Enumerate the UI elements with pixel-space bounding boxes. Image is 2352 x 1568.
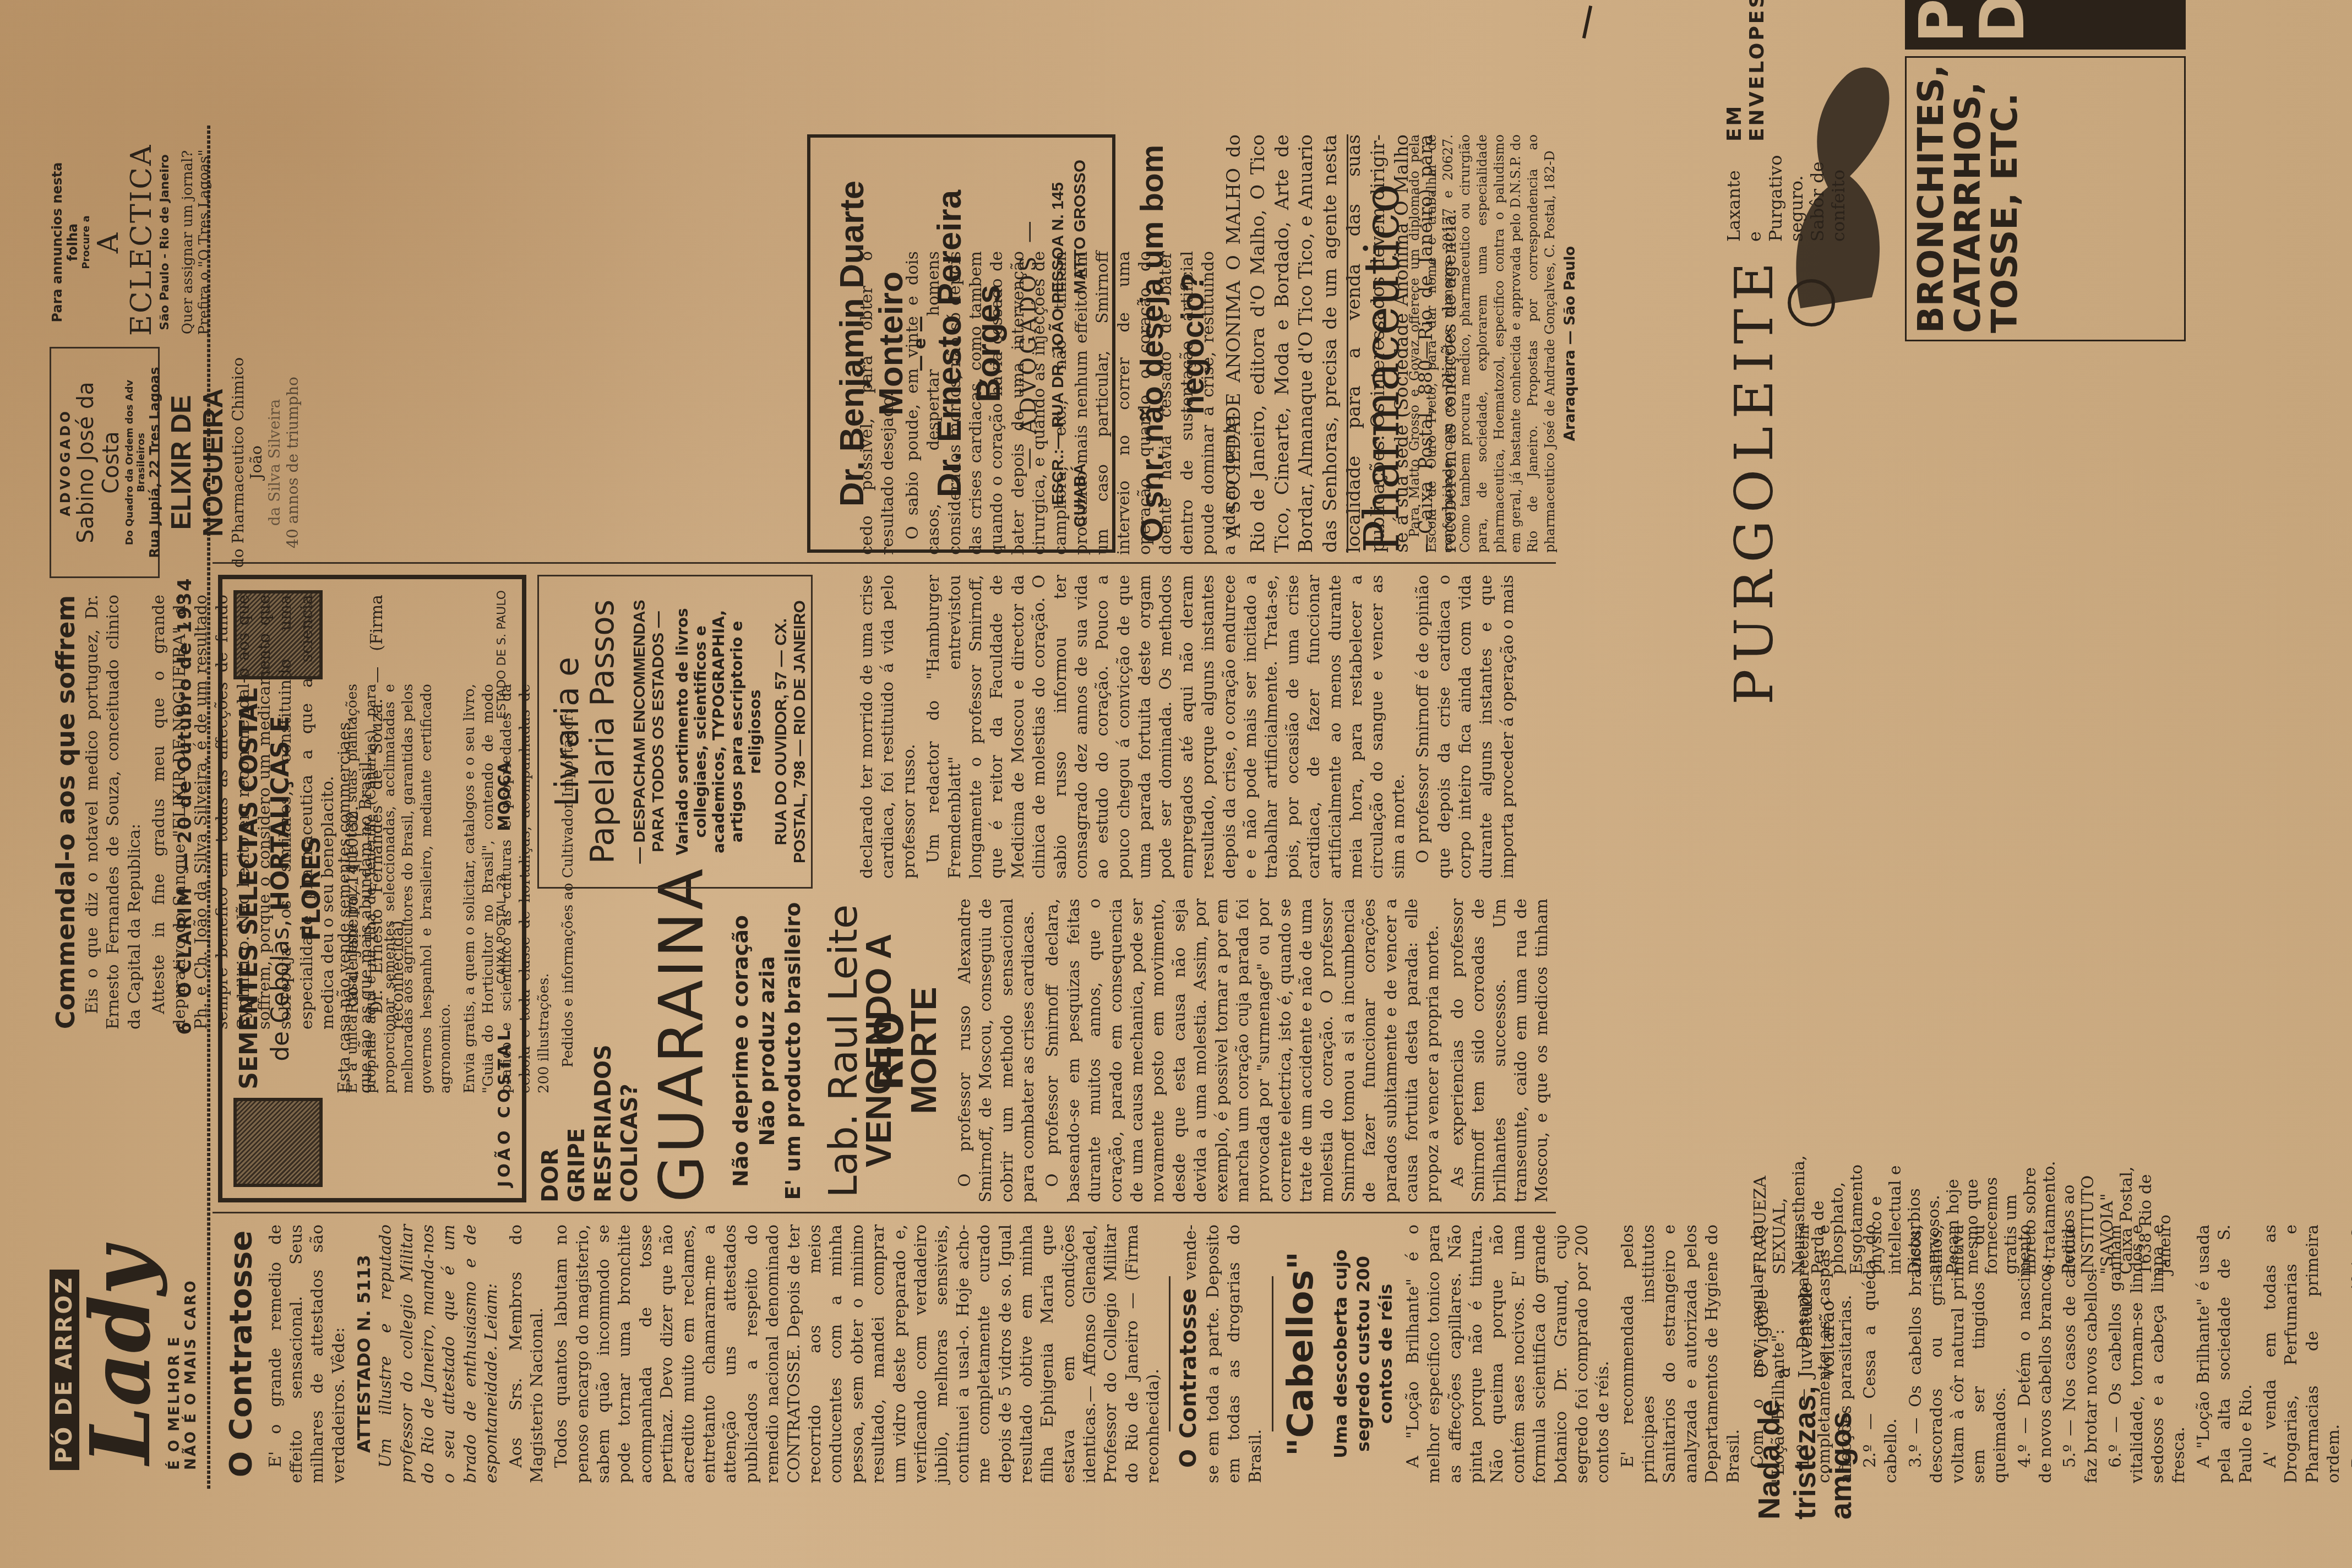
- lady-ad: PÓ DE ARROZ Lady É O MELHOR E NÃO É O MA…: [50, 1052, 171, 1470]
- paragraph: Atteste in fine gradus meu que o grande …: [149, 595, 339, 1030]
- paragraph: A "Loção Brilhante" é usada pela alta so…: [2193, 1224, 2257, 1483]
- assignar-line: Quer assignar um jornal?: [179, 149, 196, 336]
- elixir-body: Eis o que diz o notavel medico portuguez…: [82, 595, 409, 1030]
- elixir-ad-line: da Silva Silveira: [265, 347, 284, 578]
- lawyer-sep: — e —: [911, 138, 930, 549]
- elixir-article: Commendal-o aos que soffrem Eis o que di…: [50, 595, 412, 1030]
- livraria-line: Variado sortimento de livros collegiaes,…: [673, 587, 764, 876]
- lawyer-address: ESCR.:— RUA DR. JOÃO PESSOA N. 145: [1049, 138, 1068, 549]
- paragraph: Dr. Ernesto Fernandes de Souza. — (Firma…: [367, 595, 409, 1030]
- elixir-ad: ELIXIR DE NOGUEIRA do Pharmaceutico Chim…: [165, 347, 302, 578]
- eclectica-line: Para annuncios nesta folha: [50, 149, 80, 336]
- elixir-article-title: Commendal-o aos que soffrem: [50, 595, 82, 1030]
- contratosse-sale-title: O Contratosse: [1176, 1288, 1201, 1468]
- purgoleite-env: EM ENVELOPES: [1723, 0, 2109, 141]
- line: E' um producto brasileiro: [780, 900, 807, 1202]
- lawyer-state: MATTO GROSSO: [1071, 160, 1090, 294]
- lady-brand: Lady: [79, 1247, 162, 1464]
- eclectica-ad: Para annuncios nesta folha Procure a A E…: [50, 149, 213, 336]
- paragraph: A' venda em todas as Drogarias, Perfumar…: [2260, 1224, 2345, 1483]
- pharmaceutico-ad: Pharmaceutico Para Matto Grosso e Goyaz …: [1358, 134, 1580, 553]
- line: Não deprime o coração: [728, 900, 754, 1202]
- tristezas-body: FRAQUEZA SEXUAL, Neurasthenia, Perda de …: [1751, 1156, 1982, 1275]
- divider: [1347, 134, 1348, 553]
- sabino-org: Do Quadro da Ordem dos Adv Brasileiros: [124, 355, 147, 570]
- paragraph: A "Loção Brilhante" é o melhor especific…: [1403, 1224, 1614, 1483]
- tristezas-ad-visible: Nada de tristezas, amigos O Vigor e a Ju…: [1751, 1200, 1982, 1520]
- lawyer-role: — ADVOGADOS —: [1016, 138, 1041, 549]
- paragraph: E' recommendada pelos principaes institu…: [1618, 1224, 1744, 1483]
- eclectica-brand: A ECLECTICA: [92, 149, 158, 336]
- lawyer-name: Dr. Benjamin Duarte Monteiro: [832, 138, 911, 549]
- sabino-address: Rua Jupiá, 22 Tres Lagoas: [147, 355, 162, 570]
- pharmaceutico-title: Pharmaceutico: [1358, 184, 1406, 553]
- lawyer-city: CUIABÁ: [1071, 463, 1090, 527]
- paragraph: O professor Smirnoff declara, baseando-s…: [1042, 899, 1444, 1202]
- paragraph: Um redactor do "Hamburger Fremdenblatt" …: [923, 575, 1409, 879]
- negocio-title: O snr. não deseja um bom negocio?: [1132, 134, 1213, 553]
- sabino-role: ADVOGADO: [58, 355, 73, 570]
- handwritten-mark: [1582, 6, 1592, 39]
- newspaper-page-upper: PÓ DE ARROZ Lady É O MELHOR E NÃO É O MA…: [0, 138, 650, 1547]
- assignar-line: Prefira o "O Tres Lagoas": [196, 149, 213, 336]
- cabellos-subtitle: Uma descoberta cujo segredo custou 200 c…: [1330, 1224, 1397, 1483]
- eclectica-line: São Paulo - Rio de Janeiro: [158, 149, 172, 336]
- purgoleite-brand: PURGOLEITE: [1723, 255, 2109, 705]
- elixir-ad-line: 40 annos de triumpho: [284, 347, 302, 578]
- elixir-ad-title: ELIXIR DE NOGUEIRA: [165, 347, 229, 578]
- purgoleite-ad: PURGOLEITE Laxante e Purgativo seguro. S…: [1723, 352, 2109, 705]
- lady-slogan: NÃO É O MAIS CARO: [183, 1052, 199, 1470]
- lawyer-name: Dr. Ernesto Pereira Borges: [930, 138, 1008, 549]
- tristezas-subtitle: O Vigor e a Juventude voltarão: [1751, 1282, 1982, 1378]
- advogados-card: Dr. Benjamin Duarte Monteiro — e — Dr. E…: [807, 134, 1115, 553]
- paragraph: O professor russo Alexandre Smirnoff, de…: [955, 899, 1039, 1202]
- livraria-address: RUA DO OUVIDOR, 57 — CX. POSTAL, 798 — R…: [772, 587, 809, 876]
- guaraina-brand: GUARAINA: [646, 900, 717, 1202]
- vencendo-article: VENCENDO A MORTE O professor russo Alexa…: [857, 575, 1556, 1202]
- sabino-card: ADVOGADO Sabino José da Costa Do Quadro …: [50, 347, 160, 578]
- eclectica-line: Procure a: [80, 149, 92, 336]
- guaraina-claims: Não deprime o coraçãoNão produz aziaE' u…: [728, 900, 807, 1202]
- divider: [1169, 1276, 1170, 1431]
- line: Não produz azia: [754, 900, 781, 1202]
- paragraph: Peçam prospectos a Alvim & Freitas — Uni…: [2348, 1224, 2352, 1483]
- elixir-ad-line: do Pharmaceutico Chimico João: [229, 347, 265, 578]
- purgoleite-desc: Laxante e Purgativo seguro. Sabôr de con…: [1723, 155, 2109, 241]
- paragraph: Eis o que diz o notavel medico portuguez…: [82, 595, 145, 1030]
- divider: [1272, 1276, 1273, 1431]
- vencendo-title: VENCENDO A MORTE: [857, 899, 947, 1202]
- tristezas-title: Nada de tristezas, amigos: [1751, 1386, 1982, 1520]
- cabellos-title: "Cabellos": [1279, 1224, 1324, 1483]
- pharmaceutico-city: Araraquara — São Paulo: [1561, 134, 1580, 553]
- paragraph: Rio de Janeiro, 14|10|32.: [342, 595, 363, 1030]
- sabino-name: Sabino José da Costa: [73, 355, 124, 570]
